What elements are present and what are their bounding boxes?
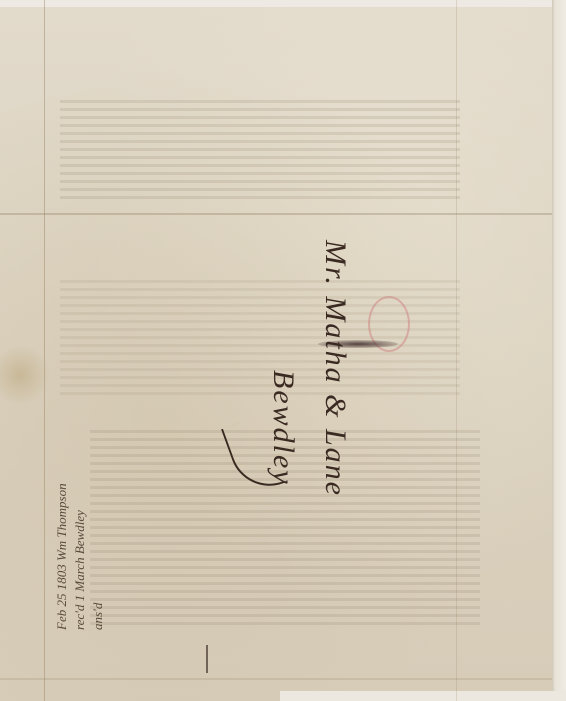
docket-line-1: Feb 25 1803 Wm Thompson [54,483,70,630]
address-recipient: Mr. Matha & Lane [318,240,352,497]
ink-mark [206,645,208,673]
scan-edge-top [0,0,566,7]
letter-page: Mr. Matha & Lane Bewdley Feb 25 1803 Wm … [0,0,566,701]
fold-line-bottom [0,678,552,680]
docket-line-2: rec'd 1 March Bewdley [72,510,88,630]
scan-edge-bottom [280,691,566,701]
paper-stain [0,345,50,405]
fold-line-top [0,213,552,215]
scan-edge-right [552,0,566,701]
docket-line-3: ans'd [90,603,106,630]
bleed-through-text-top [60,100,460,200]
